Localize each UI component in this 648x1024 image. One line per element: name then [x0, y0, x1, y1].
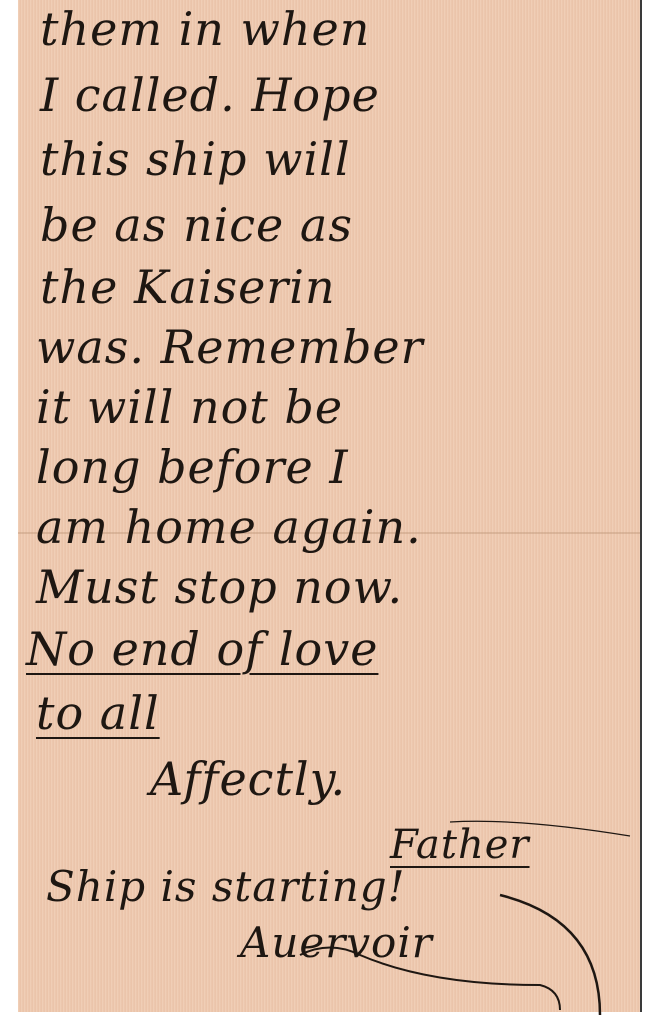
letter-line-7: it will not be	[36, 380, 343, 434]
letter-body: them in when I called. Hope this ship wi…	[0, 0, 648, 1024]
letter-line-6: was. Remember	[36, 320, 424, 374]
postscript-line-1: Ship is starting!	[46, 862, 406, 911]
closing-salutation: Affectly.	[150, 752, 346, 806]
letter-line-4: be as nice as	[40, 198, 353, 252]
letter-line-9: am home again.	[36, 500, 422, 554]
letter-line-8: long before I	[36, 440, 349, 494]
letter-line-10: Must stop now.	[36, 560, 403, 614]
letter-line-12: to all	[36, 686, 160, 740]
letter-line-5: the Kaiserin	[40, 260, 336, 314]
letter-line-3: this ship will	[40, 132, 351, 186]
signature: Father	[390, 822, 530, 868]
postscript-line-2: Auervoir	[240, 918, 433, 967]
letter-line-11: No end of love	[26, 622, 378, 676]
letter-line-2: I called. Hope	[40, 68, 380, 122]
letter-line-1: them in when	[40, 2, 370, 56]
